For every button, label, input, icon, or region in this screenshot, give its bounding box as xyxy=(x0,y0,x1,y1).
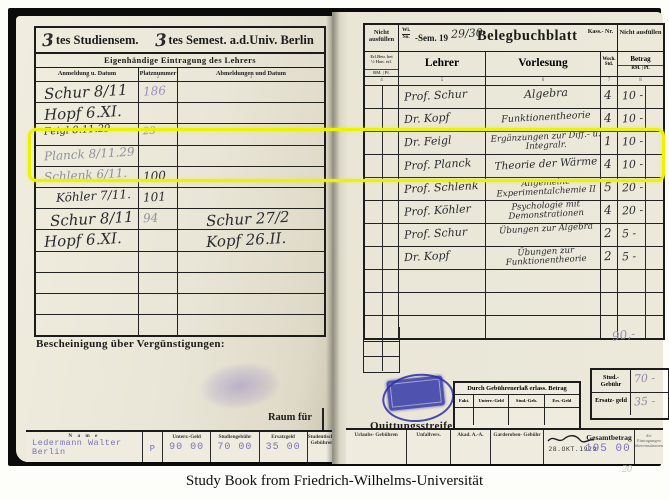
lecture-row: Prof. Schur Algebra 4 10 - xyxy=(365,85,663,108)
left-table-subheader: Eigenhändige Eintragung des Lehrers xyxy=(36,52,324,67)
lecture-row: Dr. Kopf Übungen zur Funktionentheorie 2… xyxy=(365,246,663,269)
page-gutter-shadow xyxy=(326,8,340,466)
nicht-ausfuellen-right: Nicht ausfüllen xyxy=(617,25,663,51)
lecture-row: Prof. Köhler Psychologie mit Demonstrati… xyxy=(365,200,663,223)
margin-note: die Eintragungen übereinstimmen xyxy=(635,433,663,448)
faint-ink-stamp-icon xyxy=(199,359,282,412)
erl-column-ladder xyxy=(363,327,400,373)
column-number-row: 4 5 6 7 8 xyxy=(365,76,663,85)
raum-fuer-label: Raum für xyxy=(268,412,312,423)
sem-label: -Sem. 19 xyxy=(415,33,448,43)
caption: Study Book from Friedrich-Wilhelms-Unive… xyxy=(0,473,669,490)
table-row-empty xyxy=(36,251,324,272)
left-page: 3 tes Studiensem. 3 tes Semest. a.d.Univ… xyxy=(16,16,336,462)
semester-number-handwritten: 3 xyxy=(154,31,167,52)
page-title: Belegbuchblatt xyxy=(477,28,577,45)
table-row: Hopf 6.XI. Kopf 26.II. xyxy=(36,229,324,250)
faculty-cell: P xyxy=(143,432,163,462)
col-wochstd: Woch. Std. xyxy=(600,52,617,76)
owner-fee-strip: N a m e Ledermann Walter Berlin P Unterr… xyxy=(26,430,336,462)
book-photo: 3 tes Studiensem. 3 tes Semest. a.d.Univ… xyxy=(8,8,661,466)
col-lehrer: Lehrer xyxy=(398,52,485,76)
right-header-row: Nicht ausfüllen Wi. So. -Sem. 19 29/30 B… xyxy=(365,25,663,51)
fee-cell: Studiengebühr 70 00 xyxy=(211,432,259,462)
lecture-row-empty xyxy=(365,269,663,292)
stud-gebuehr-box: Stud.- Gebühr 70 - Ersatz- geld 35 - xyxy=(590,368,669,420)
lecture-row: Dr. Kopf Funktionentheorie 4 10 - xyxy=(365,108,663,131)
receipt-strip: Urlaubs- Gebühren Unfallvers. Akad. A.-A… xyxy=(346,428,663,464)
subtotal-handwritten: 90,- xyxy=(611,326,636,343)
table-row-empty xyxy=(36,314,324,335)
gesamtbetrag-value: 195 00 xyxy=(585,443,631,455)
wi-so-selector: Wi. So. xyxy=(402,28,410,40)
page-number-artifact: 20 xyxy=(622,464,632,475)
left-table-column-headers: Anmeldung u. Datum1 Platznummer2 Abmeldu… xyxy=(36,67,324,81)
screenshot: 3 tes Studiensem. 3 tes Semest. a.d.Univ… xyxy=(0,0,669,500)
divider xyxy=(322,408,324,430)
owner-city: Berlin xyxy=(32,448,142,457)
fee-stamp-icon xyxy=(379,366,454,425)
kass-nr-label: Kass.- Nr. xyxy=(588,29,613,36)
table-row: Schlenk 6/11. 100 xyxy=(36,166,324,187)
gebuehrenerlass-box: Durch Gebührenerlaß erlass. Betrag Fakt.… xyxy=(453,381,581,431)
table-row-planck: Planck 8/11.29 xyxy=(36,145,324,166)
lecture-row: Prof. Schur Übungen zur Algebra 2 5 - xyxy=(365,223,663,246)
col-vorlesung: Vorlesung xyxy=(485,52,600,76)
table-row: Schur 8/11 94 Schur 27/2 xyxy=(36,208,324,229)
table-row: Feigl 8.11.29 23 xyxy=(36,123,324,144)
col-betrag: Betrag RM. | Pf. xyxy=(617,52,663,76)
gesamtbetrag-cell: Gesamtbetrag 28.OKT.1929 195 00 xyxy=(544,430,634,464)
lecture-row: Dr. Feigl Ergänzungen zur Diff.- u. Inte… xyxy=(365,131,663,154)
owner-name-cell: N a m e Ledermann Walter Berlin xyxy=(26,432,143,462)
bescheinigung-label: Bescheinigung über Vergünstigungen: xyxy=(36,338,225,350)
lecture-row-empty xyxy=(365,292,663,315)
table-row: Hopf 6.XI. xyxy=(36,102,324,123)
left-registration-table: 3 tes Studiensem. 3 tes Semest. a.d.Univ… xyxy=(34,26,326,337)
fee-cell: Unterr.-Geld 90 00 xyxy=(163,432,211,462)
table-row: Köhler 7/11. 101 xyxy=(36,187,324,208)
fee-cell: Ersatzgeld 35 00 xyxy=(260,432,308,462)
lecture-row: Prof. Schlenk Allgemeine Experimentalche… xyxy=(365,177,663,200)
right-column-headers: Erl.Betr. bei ½ Hon. erl. RM. | Pf. Lehr… xyxy=(365,51,663,76)
left-page-title: 3 tes Studiensem. 3 tes Semest. a.d.Univ… xyxy=(36,28,324,52)
lecture-row-planck: Prof. Planck Theorie der Wärme 4 10 - xyxy=(365,154,663,177)
semester-number-handwritten: 3 xyxy=(41,31,54,52)
table-row-empty xyxy=(36,272,324,293)
table-row-empty xyxy=(36,293,324,314)
belegbuch-table: Nicht ausfüllen Wi. So. -Sem. 19 29/30 B… xyxy=(363,23,665,340)
table-row: Schur 8/11 186 xyxy=(36,81,324,102)
right-page: Nicht ausfüllen Wi. So. -Sem. 19 29/30 B… xyxy=(332,12,663,464)
nicht-ausfuellen-left: Nicht ausfüllen xyxy=(365,25,399,51)
